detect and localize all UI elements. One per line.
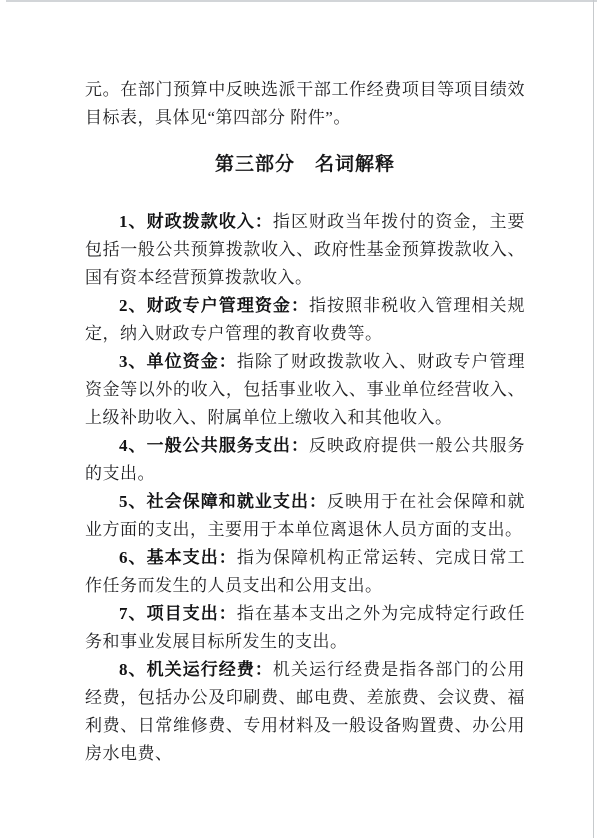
term-label: 1、财政拨款收入： bbox=[119, 212, 273, 231]
term-label: 7、项目支出： bbox=[119, 604, 237, 623]
document-page: 元。在部门预算中反映选派干部工作经费项目等项目绩效目标表，具体见“第四部分 附件… bbox=[0, 0, 597, 838]
term-item: 5、社会保障和就业支出：反映用于在社会保障和就业方面的支出，主要用于本单位离退休… bbox=[85, 488, 525, 544]
term-item: 1、财政拨款收入：指区财政当年拨付的资金，主要包括一般公共预算拨款收入、政府性基… bbox=[85, 208, 525, 292]
term-label: 8、机关运行经费： bbox=[119, 660, 273, 679]
page-top-border bbox=[6, 0, 597, 2]
term-label: 6、基本支出： bbox=[119, 548, 237, 567]
section-heading: 第三部分 名词解释 bbox=[85, 150, 525, 180]
term-item: 6、基本支出：指为保障机构正常运转、完成日常工作任务而发生的人员支出和公用支出。 bbox=[85, 544, 525, 600]
term-item: 4、一般公共服务支出：反映政府提供一般公共服务的支出。 bbox=[85, 432, 525, 488]
term-label: 5、社会保障和就业支出： bbox=[119, 492, 327, 511]
term-item: 8、机关运行经费：机关运行经费是指各部门的公用经费，包括办公及印刷费、邮电费、差… bbox=[85, 656, 525, 768]
term-item: 7、项目支出：指在基本支出之外为完成特定行政任务和事业发展目标所发生的支出。 bbox=[85, 600, 525, 656]
page-content: 元。在部门预算中反映选派干部工作经费项目等项目绩效目标表，具体见“第四部分 附件… bbox=[85, 76, 525, 768]
intro-paragraph: 元。在部门预算中反映选派干部工作经费项目等项目绩效目标表，具体见“第四部分 附件… bbox=[85, 76, 525, 132]
term-label: 3、单位资金： bbox=[119, 352, 237, 371]
term-label: 4、一般公共服务支出： bbox=[119, 436, 309, 455]
term-item: 2、财政专户管理资金：指按照非税收入管理相关规定，纳入财政专户管理的教育收费等。 bbox=[85, 292, 525, 348]
page-right-border bbox=[593, 0, 594, 838]
term-label: 2、财政专户管理资金： bbox=[119, 296, 309, 315]
term-item: 3、单位资金：指除了财政拨款收入、财政专户管理资金等以外的收入，包括事业收入、事… bbox=[85, 348, 525, 432]
